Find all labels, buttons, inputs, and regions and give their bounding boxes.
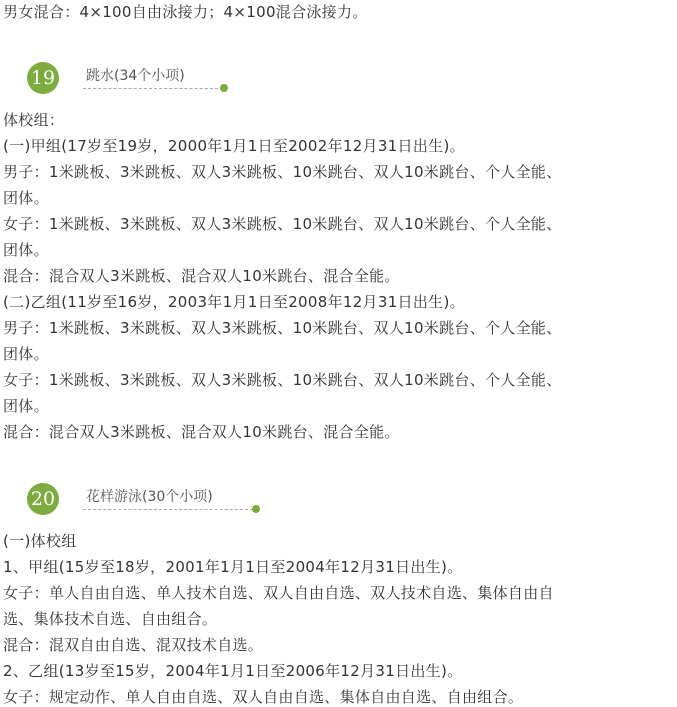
text-line: 男子：1米跳板、3米跳板、双人3米跳板、10米跳台、双人10米跳台、个人全能、	[3, 162, 562, 182]
section-header-synchronized-swimming: 20 花样游泳(30个小项)	[27, 483, 267, 523]
text-line: 混合：混合双人3米跳板、混合双人10米跳台、混合全能。	[3, 266, 400, 286]
text-line: 女子：规定动作、单人自由自选、双人自由自选、集体自由自选、自由组合。	[3, 687, 523, 707]
text-line: 1、甲组(15岁至18岁，2001年1月1日至2004年12月31日出生)。	[3, 557, 462, 577]
section-title: 花样游泳(30个小项)	[86, 486, 213, 506]
text-line: 团体。	[3, 188, 49, 208]
section-title: 跳水(34个小项)	[86, 65, 185, 85]
section-header-diving: 19 跳水(34个小项)	[27, 62, 267, 102]
text-line: 2、乙组(13岁至15岁，2004年1月1日至2006年12月31日出生)。	[3, 661, 462, 681]
text-line: (一)体校组	[3, 531, 77, 551]
dot-icon	[252, 505, 260, 513]
text-line: 团体。	[3, 240, 49, 260]
text-line: 团体。	[3, 396, 49, 416]
dashed-underline	[83, 88, 223, 89]
text-line: (二)乙组(11岁至16岁，2003年1月1日至2008年12月31日出生)。	[3, 292, 465, 312]
section-number-badge: 20	[27, 483, 59, 515]
dashed-underline	[83, 509, 253, 510]
dot-icon	[220, 84, 228, 92]
text-line: 男子：1米跳板、3米跳板、双人3米跳板、10米跳台、双人10米跳台、个人全能、	[3, 318, 562, 338]
text-line: 女子：单人自由自选、单人技术自选、双人自由自选、双人技术自选、集体自由自	[3, 583, 554, 603]
section-number-badge: 19	[27, 62, 59, 94]
text-line: 混合：混合双人3米跳板、混合双人10米跳台、混合全能。	[3, 422, 400, 442]
text-line: (一)甲组(17岁至19岁，2000年1月1日至2002年12月31日出生)。	[3, 136, 465, 156]
text-line: 女子：1米跳板、3米跳板、双人3米跳板、10米跳台、双人10米跳台、个人全能、	[3, 370, 562, 390]
text-line: 选、集体技术自选、自由组合。	[3, 609, 217, 629]
intro-text: 男女混合：4×100自由泳接力；4×100混合泳接力。	[3, 2, 368, 22]
text-line: 体校组：	[3, 110, 64, 130]
text-line: 团体。	[3, 344, 49, 364]
text-line: 女子：1米跳板、3米跳板、双人3米跳板、10米跳台、双人10米跳台、个人全能、	[3, 214, 562, 234]
text-line: 混合：混双自由自选、混双技术自选。	[3, 635, 263, 655]
